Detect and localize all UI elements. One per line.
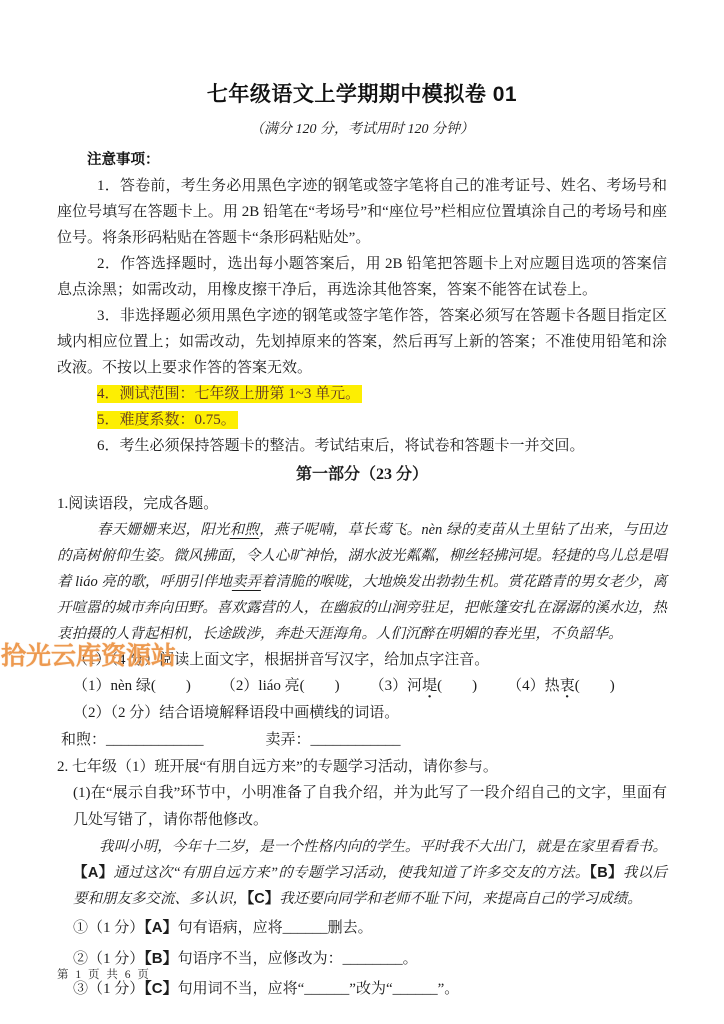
notice-item-6: 6．考生必须保持答题卡的整洁。考试结束后，将试卷和答题卡一并交回。 [57, 433, 667, 459]
sub1-blank: ______ [283, 920, 328, 936]
explain-answer-row: 和煦：_____________卖弄：____________ [61, 727, 667, 754]
notice-item-4-highlighted: 4．测试范围：七年级上册第 1~3 单元。 [57, 381, 667, 407]
pinyin-answer-row: （1）nèn 绿( )（2）liáo 亮( )（3）河堤( )（4）热衷( ) [73, 673, 667, 700]
sub1-number: ①（1 分） [73, 920, 144, 936]
sub2-marker-b: 【B】 [144, 950, 177, 967]
marker-b: 【B】 [590, 865, 623, 881]
exam-score-time-subtitle: （满分 120 分，考试用时 120 分钟） [57, 117, 667, 143]
notice-item-2: 2．作答选择题时，选出每小题答案后，用 2B 铅笔把答题卡上对应题目选项的答案信… [57, 251, 667, 303]
sub3-marker-c: 【C】 [144, 980, 177, 997]
self-introduction-paragraph: 我叫小明，今年十二岁，是一个性格内向的学生。平时我不大出门，就是在家里看看书。【… [73, 834, 667, 912]
highlight-difficulty: 5．难度系数：0.75。 [97, 411, 238, 429]
answer-blank-mainong: ____________ [311, 732, 401, 748]
sub3-text: 句用词不当，应将“ [178, 981, 305, 997]
question2-sub3: ③（1 分）【C】句用词不当，应将“______”改为“______”。 [73, 975, 667, 1004]
question2-sub1: ①（1 分）【A】句有语病，应将______删去。 [73, 914, 667, 943]
sub2-blank: ________ [343, 951, 403, 967]
pinyin-item-4-paren: ( ) [575, 678, 615, 694]
sub2-text-end: 。 [403, 951, 418, 967]
page-number-footer: 第 1 页 共 6 页 [57, 966, 151, 982]
dotted-char-di: 堤 [422, 678, 437, 694]
watermark-text: 拾光云库资源站 [1, 636, 176, 672]
page-title: 七年级语文上学期期中模拟卷 01 [57, 80, 667, 110]
sub2-number: ②（1 分） [73, 951, 144, 967]
intro-text: 我叫小明，今年十二岁，是一个性格内向的学生。平时我不大出门，就是在家里看看书。 [99, 839, 667, 855]
question2-stem: 2. 七年级（1）班开展“有朋自远方来”的专题学习活动，请你参与。 [57, 754, 667, 780]
underlined-word-mainong: 卖弄 [232, 574, 261, 590]
pinyin-item-4: （4）热衷( ) [507, 678, 615, 694]
sub1-marker-a: 【A】 [144, 919, 177, 936]
notice-item-1: 1．答卷前，考生务必用黑色字迹的钢笔或签字笔将自己的准考证号、姓名、考场号和座位… [57, 173, 667, 251]
question1-sub2-stem: （2）（2 分）结合语境解释语段中画横线的词语。 [73, 700, 667, 726]
pinyin-item-3-text: （3）河 [370, 678, 423, 694]
sub3-text-end: ”。 [438, 981, 460, 997]
intro-text: 通过这次“有朋自远方来”的专题学习活动，使我知道了许多交友的方法。 [113, 865, 589, 881]
page-content: 七年级语文上学期期中模拟卷 01 （满分 120 分，考试用时 120 分钟） … [0, 0, 724, 1004]
dotted-char-zhong: 衷 [560, 678, 575, 694]
label-mainong: 卖弄： [266, 732, 311, 748]
sub3-blank-1: ______ [304, 981, 349, 997]
pinyin-item-4-text: （4）热 [507, 678, 560, 694]
label-hexu: 和煦： [61, 732, 106, 748]
reading-passage: 春天姗姗来迟，阳光和煦，燕子呢喃，草长莺飞。nèn 绿的麦苗从土里钻了出来，与田… [57, 517, 667, 647]
sub2-text: 句语序不当，应修改为： [178, 951, 343, 967]
section-one-heading: 第一部分（23 分） [57, 461, 667, 489]
pinyin-item-3: （3）河堤( ) [370, 678, 478, 694]
passage-text: 春天姗姗来迟，阳光 [97, 522, 230, 538]
intro-text: 我还要向同学和老师不耻下问，来提高自己的学习成绩。 [279, 891, 642, 907]
exam-paper-page: 七年级语文上学期期中模拟卷 01 （满分 120 分，考试用时 120 分钟） … [0, 0, 724, 1024]
question1-stem: 1.阅读语段，完成各题。 [57, 491, 667, 517]
pinyin-item-2: （2）liáo 亮( ) [221, 678, 340, 694]
sub1-text-end: 删去。 [328, 920, 373, 936]
question2-sub2: ②（1 分）【B】句语序不当，应修改为：________。 [73, 945, 667, 974]
notice-item-5-highlighted: 5．难度系数：0.75。 [57, 407, 667, 433]
marker-a: 【A】 [73, 865, 113, 881]
sub1-text: 句有语病，应将 [178, 920, 283, 936]
sub3-text-mid: ”改为“ [349, 981, 392, 997]
sub3-number: ③（1 分） [73, 981, 144, 997]
sub3-blank-2: ______ [393, 981, 438, 997]
pinyin-item-1: （1）nèn 绿( ) [73, 678, 191, 694]
notice-heading: 注意事项： [87, 147, 667, 173]
answer-blank-hexu: _____________ [106, 732, 204, 748]
question2-part1-stem: (1)在“展示自我”环节中，小明准备了自我介绍，并为此写了一段介绍自己的文字，里… [73, 780, 667, 834]
highlight-test-scope: 4．测试范围：七年级上册第 1~3 单元。 [97, 385, 362, 403]
pinyin-item-3-paren: ( ) [437, 678, 477, 694]
underlined-word-hexu: 和煦 [230, 522, 259, 538]
marker-c: 【C】 [247, 891, 279, 907]
notice-item-3: 3．非选择题必须用黑色字迹的钢笔或签字笔作答，答案必须写在答题卡各题目指定区域内… [57, 303, 667, 381]
